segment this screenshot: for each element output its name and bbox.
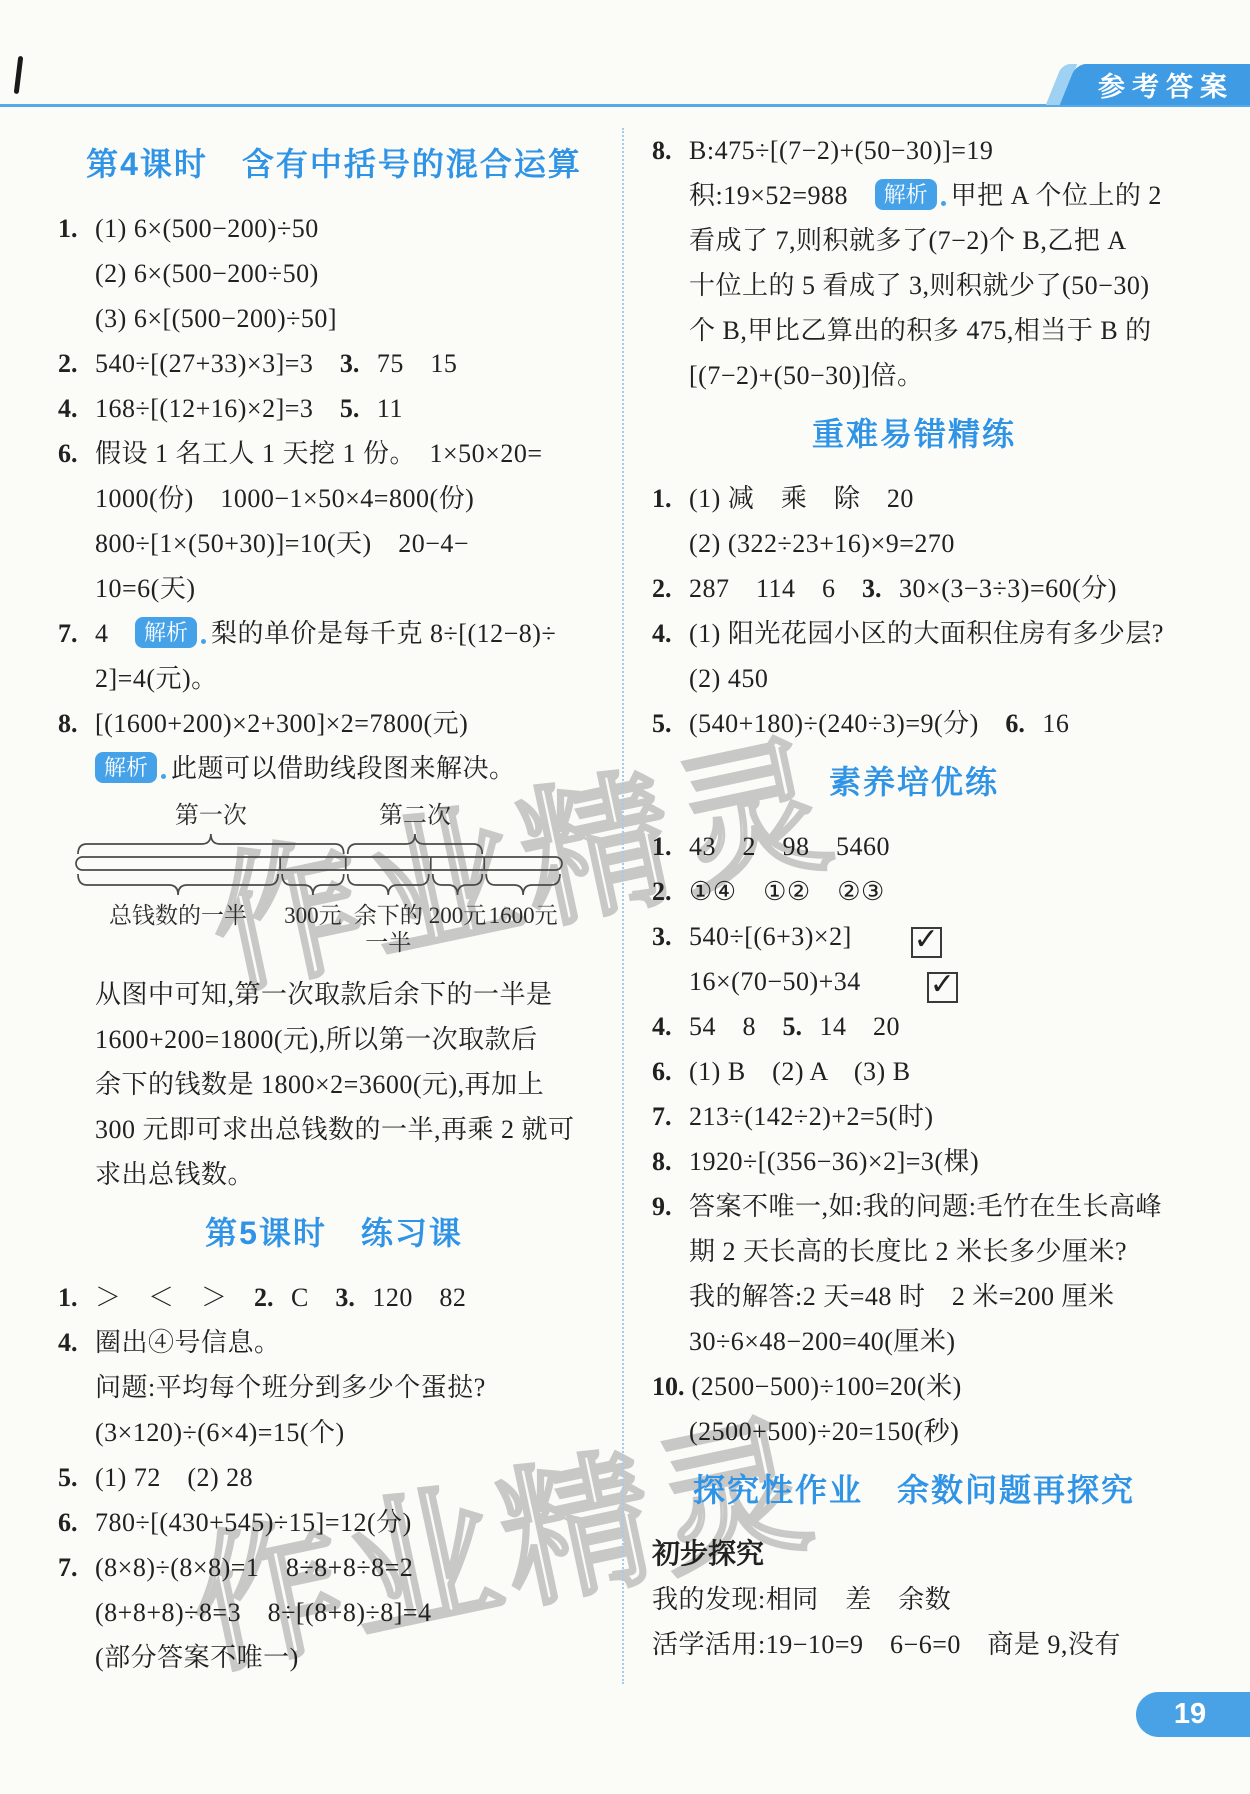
item-number: 9.: [652, 1184, 682, 1229]
answer-line: [(7−2)+(50−30)]倍。: [652, 353, 1176, 398]
answer-line: 9.答案不唯一,如:我的问题:毛竹在生长高峰: [652, 1184, 1176, 1229]
item-number: 4.: [652, 1004, 682, 1049]
answer-text: (540+180)÷(240÷3)=9(分): [689, 709, 1005, 738]
item-number: 6.: [652, 1049, 682, 1094]
answer-line: 3.540÷[(6+3)×2] ✓: [652, 914, 1176, 959]
answer-line: 十位上的 5 看成了 3,则积就少了(50−30): [652, 263, 1176, 308]
answer-text: (3×120)÷(6×4)=15(个): [95, 1418, 345, 1447]
item-number: 4.: [652, 611, 682, 656]
item-number: 1.: [652, 824, 682, 869]
svg-text:总钱数的一半: 总钱数的一半: [109, 903, 247, 928]
answer-line: 6.假设 1 名工人 1 天挖 1 份。 1×50×20=: [58, 431, 610, 476]
answer-text: 120 82: [372, 1283, 466, 1312]
answer-line: 6.(1) B (2) A (3) B: [652, 1049, 1176, 1094]
answer-text: 800÷[1×(50+30)]=10(天) 20−4−: [95, 529, 469, 558]
answer-line: (2) (322÷23+16)×9=270: [652, 521, 1176, 566]
item-number: 6.: [1005, 701, 1035, 746]
scan-artifact: [14, 56, 24, 94]
answer-text: (2) 450: [689, 664, 768, 693]
item-number: 10.: [652, 1364, 685, 1409]
answer-text: 答案不唯一,如:我的问题:毛竹在生长高峰: [689, 1192, 1162, 1221]
answer-text: 11: [377, 394, 403, 423]
answer-text: (3) 6×[(500−200)÷50]: [95, 304, 337, 333]
answer-line: 16×(70−50)+34 ✓: [652, 959, 1176, 1004]
answer-text: 780÷[(430+545)÷15]=12(分): [95, 1508, 412, 1537]
answer-line: 1.43 2 98 5460: [652, 824, 1176, 869]
item-number: 6.: [58, 431, 88, 476]
section-heading: 第5课时 练习课: [58, 1211, 610, 1255]
answer-line: 2.287 114 6 3.30×(3−3÷3)=60(分): [652, 566, 1176, 611]
answer-text: (1) B (2) A (3) B: [689, 1057, 911, 1086]
jiexi-badge: 解析: [875, 179, 937, 210]
answer-line: 期 2 天长高的长度比 2 米长多少厘米?: [652, 1229, 1176, 1274]
answer-text: 540÷[(6+3)×2]: [689, 922, 905, 951]
jiexi-badge: 解析: [135, 617, 197, 648]
answer-text: 16: [1042, 709, 1069, 738]
answer-text: 540÷[(27+33)×3]=3: [95, 349, 340, 378]
answer-line: 4.54 8 5.14 20: [652, 1004, 1176, 1049]
answer-text: (1) 72 (2) 28: [95, 1463, 253, 1492]
reference-answers-badge: 参考答案: [1038, 64, 1250, 105]
item-number: 2.: [652, 869, 682, 914]
answer-line: (8+8+8)÷8=3 8÷[(8+8)÷8]=4: [58, 1590, 610, 1635]
workbook-answer-page: 参考答案 作业精灵 作业精灵 第4课时 含有中括号的混合运算1.(1) 6×(5…: [0, 0, 1250, 1794]
item-number: 8.: [652, 1139, 682, 1184]
answer-text: 10=6(天): [95, 574, 195, 603]
answer-text: (1) 6×(500−200)÷50: [95, 214, 319, 243]
answer-text: ①④ ①② ②③: [689, 877, 885, 906]
svg-text:余下的一半: 余下的一半: [354, 903, 423, 955]
answer-line: (2) 6×(500−200÷50): [58, 251, 610, 296]
answer-text: (8+8+8)÷8=3 8÷[(8+8)÷8]=4: [95, 1598, 432, 1627]
answer-line: 7.(8×8)÷(8×8)=1 8÷8+8÷8=2: [58, 1545, 610, 1590]
answer-text: 1600+200=1800(元),所以第一次取款后: [95, 1025, 538, 1054]
answer-line: 30÷6×48−200=40(厘米): [652, 1319, 1176, 1364]
answer-line: 我的发现:相同 差 余数: [652, 1577, 1176, 1622]
answer-text: ＞ ＜ ＞: [95, 1283, 254, 1312]
answer-line: 1.(1) 减 乘 除 20: [652, 476, 1176, 521]
answer-text: (2500−500)÷100=20(米): [692, 1372, 962, 1401]
answer-line: 7.4 解析梨的单价是每千克 8÷[(12−8)÷: [58, 611, 610, 656]
item-number: 1.: [652, 476, 682, 521]
answer-line: 1000(份) 1000−1×50×4=800(份): [58, 476, 610, 521]
subsection-heading: 初步探究: [652, 1532, 1176, 1577]
answer-text: 30×(3−3÷3)=60(分): [899, 574, 1117, 603]
item-number: 2.: [254, 1275, 284, 1320]
answer-line: 5.(1) 72 (2) 28: [58, 1455, 610, 1500]
answer-line: 2.①④ ①② ②③: [652, 869, 1176, 914]
item-number: 7.: [652, 1094, 682, 1139]
answer-text: [(7−2)+(50−30)]倍。: [689, 361, 923, 390]
answer-text: 十位上的 5 看成了 3,则积就少了(50−30): [689, 271, 1149, 300]
answer-text: 300 元即可求出总钱数的一半,再乘 2 就可: [95, 1115, 575, 1144]
item-number: 4.: [58, 1320, 88, 1365]
svg-text:第二次: 第二次: [379, 802, 451, 829]
answer-line: 问题:平均每个班分到多少个蛋挞?: [58, 1365, 610, 1410]
line-segment-diagram: 第一次第二次总钱数的一半300元余下的一半200元1600元: [68, 797, 573, 965]
item-number: 7.: [58, 1545, 88, 1590]
answer-line: 6.780÷[(430+545)÷15]=12(分): [58, 1500, 610, 1545]
answer-text: 14 20: [820, 1012, 901, 1041]
item-number: 5.: [783, 1004, 813, 1049]
item-number: 4.: [58, 386, 88, 431]
answer-text: 期 2 天长高的长度比 2 米长多少厘米?: [689, 1237, 1127, 1266]
answer-line: 1600+200=1800(元),所以第一次取款后: [58, 1017, 610, 1062]
answer-line: 300 元即可求出总钱数的一半,再乘 2 就可: [58, 1107, 610, 1152]
answer-line: 10.(2500−500)÷100=20(米): [652, 1364, 1176, 1409]
section-heading: 第4课时 含有中括号的混合运算: [58, 142, 610, 186]
answer-text: 圈出④号信息。: [95, 1328, 281, 1357]
svg-text:200元: 200元: [429, 903, 487, 928]
item-number: 8.: [58, 701, 88, 746]
item-number: 2.: [58, 341, 88, 386]
answer-text: (8×8)÷(8×8)=1 8÷8+8÷8=2: [95, 1553, 413, 1582]
answer-text: 余下的钱数是 1800×2=3600(元),再加上: [95, 1070, 544, 1099]
answer-line: 800÷[1×(50+30)]=10(天) 20−4−: [58, 521, 610, 566]
answer-text: (1) 减 乘 除 20: [689, 484, 914, 513]
item-number: 3.: [335, 1275, 365, 1320]
item-number: 3.: [862, 566, 892, 611]
item-number: 3.: [652, 914, 682, 959]
answer-line: 求出总钱数。: [58, 1152, 610, 1197]
answer-text: (2) 6×(500−200÷50): [95, 259, 319, 288]
answer-line: 4.168÷[(12+16)×2]=3 5.11: [58, 386, 610, 431]
answer-text: 求出总钱数。: [95, 1160, 254, 1189]
answer-text: 我的发现:相同 差 余数: [652, 1585, 951, 1614]
answer-text: C: [291, 1283, 335, 1312]
item-number: 1.: [58, 1275, 88, 1320]
answer-line: 7.213÷(142÷2)+2=5(时): [652, 1094, 1176, 1139]
item-number: 2.: [652, 566, 682, 611]
answer-line: 1.(1) 6×(500−200)÷50: [58, 206, 610, 251]
answer-text: 168÷[(12+16)×2]=3: [95, 394, 340, 423]
answer-text: 梨的单价是每千克 8÷[(12−8)÷: [211, 619, 556, 648]
answer-text: (1) 阳光花园小区的大面积住房有多少层?: [689, 619, 1164, 648]
answer-text: (2500+500)÷20=150(秒): [689, 1417, 959, 1446]
diagram-block: 第一次第二次总钱数的一半300元余下的一半200元1600元: [68, 797, 610, 970]
page-number-badge: 19: [1136, 1692, 1250, 1737]
answer-line: 8.B:475÷[(7−2)+(50−30)]=19: [652, 128, 1176, 173]
item-number: 7.: [58, 611, 88, 656]
checked-checkbox: ✓: [911, 927, 942, 958]
answer-text: 看成了 7,则积就多了(7−2)个 B,乙把 A: [689, 226, 1127, 255]
answer-text: 30÷6×48−200=40(厘米): [689, 1327, 956, 1356]
answer-line: 5.(540+180)÷(240÷3)=9(分) 6.16: [652, 701, 1176, 746]
answer-line: (2) 450: [652, 656, 1176, 701]
item-number: 5.: [58, 1455, 88, 1500]
answer-text: 甲把 A 个位上的 2: [951, 181, 1162, 210]
answer-line: (3) 6×[(500−200)÷50]: [58, 296, 610, 341]
section-heading: 重难易错精练: [652, 412, 1176, 456]
answer-text: 1000(份) 1000−1×50×4=800(份): [95, 484, 474, 513]
svg-text:第一次: 第一次: [175, 802, 247, 829]
jiexi-badge: 解析: [95, 752, 157, 783]
answer-text: 个 B,甲比乙算出的积多 475,相当于 B 的: [689, 316, 1152, 345]
answer-text: [(1600+200)×2+300]×2=7800(元): [95, 709, 468, 738]
badge-label: 参考答案: [1082, 64, 1250, 105]
answer-text: 4: [95, 619, 135, 648]
item-number: 3.: [340, 341, 370, 386]
answer-text: 积:19×52=988: [689, 181, 875, 210]
svg-text:300元: 300元: [284, 903, 342, 928]
answer-text: 1920÷[(356−36)×2]=3(棵): [689, 1147, 979, 1176]
answer-line: (3×120)÷(6×4)=15(个): [58, 1410, 610, 1455]
answer-line: (部分答案不唯一): [58, 1635, 610, 1680]
item-number: 1.: [58, 206, 88, 251]
answer-line: 从图中可知,第一次取款后余下的一半是: [58, 972, 610, 1017]
answer-line: 1.＞ ＜ ＞ 2.C 3.120 82: [58, 1275, 610, 1320]
answer-text: 75 15: [377, 349, 458, 378]
svg-text:1600元: 1600元: [489, 903, 558, 928]
answer-line: (2500+500)÷20=150(秒): [652, 1409, 1176, 1454]
answer-text: 此题可以借助线段图来解决。: [171, 754, 516, 783]
right-column: 8.B:475÷[(7−2)+(50−30)]=19积:19×52=988 解析…: [652, 128, 1176, 1667]
item-number: 5.: [340, 386, 370, 431]
answer-text: 43 2 98 5460: [689, 832, 890, 861]
answer-line: 4.(1) 阳光花园小区的大面积住房有多少层?: [652, 611, 1176, 656]
answer-line: 解析此题可以借助线段图来解决。: [58, 746, 610, 791]
answer-line: 2]=4(元)。: [58, 656, 610, 701]
answer-line: 看成了 7,则积就多了(7−2)个 B,乙把 A: [652, 218, 1176, 263]
answer-text: 从图中可知,第一次取款后余下的一半是: [95, 980, 553, 1009]
item-number: 8.: [652, 128, 682, 173]
left-column: 第4课时 含有中括号的混合运算1.(1) 6×(500−200)÷50(2) 6…: [58, 128, 610, 1680]
item-number: 5.: [652, 701, 682, 746]
answer-text: 问题:平均每个班分到多少个蛋挞?: [95, 1373, 486, 1402]
answer-line: 余下的钱数是 1800×2=3600(元),再加上: [58, 1062, 610, 1107]
answer-text: 213÷(142÷2)+2=5(时): [689, 1102, 934, 1131]
checked-checkbox: ✓: [927, 972, 958, 1003]
answer-text: 我的解答:2 天=48 时 2 米=200 厘米: [689, 1282, 1115, 1311]
column-divider: [622, 128, 624, 1684]
answer-text: B:475÷[(7−2)+(50−30)]=19: [689, 136, 993, 165]
answer-text: 16×(70−50)+34: [689, 967, 921, 996]
answer-text: 54 8: [689, 1012, 783, 1041]
section-heading: 探究性作业 余数问题再探究: [652, 1468, 1176, 1512]
answer-line: 4.圈出④号信息。: [58, 1320, 610, 1365]
answer-text: 287 114 6: [689, 574, 862, 603]
answer-text: 活学活用:19−10=9 6−6=0 商是 9,没有: [652, 1630, 1121, 1659]
answer-line: 2.540÷[(27+33)×3]=3 3.75 15: [58, 341, 610, 386]
answer-text: 2]=4(元)。: [95, 664, 218, 693]
answer-line: 10=6(天): [58, 566, 610, 611]
answer-text: (部分答案不唯一): [95, 1643, 299, 1672]
item-number: 6.: [58, 1500, 88, 1545]
answer-line: 我的解答:2 天=48 时 2 米=200 厘米: [652, 1274, 1176, 1319]
answer-line: 积:19×52=988 解析甲把 A 个位上的 2: [652, 173, 1176, 218]
answer-line: 活学活用:19−10=9 6−6=0 商是 9,没有: [652, 1622, 1176, 1667]
answer-line: 个 B,甲比乙算出的积多 475,相当于 B 的: [652, 308, 1176, 353]
answer-line: 8.[(1600+200)×2+300]×2=7800(元): [58, 701, 610, 746]
answer-text: (2) (322÷23+16)×9=270: [689, 529, 955, 558]
answer-line: 8.1920÷[(356−36)×2]=3(棵): [652, 1139, 1176, 1184]
answer-text: 假设 1 名工人 1 天挖 1 份。 1×50×20=: [95, 439, 543, 468]
section-heading: 素养培优练: [652, 760, 1176, 804]
